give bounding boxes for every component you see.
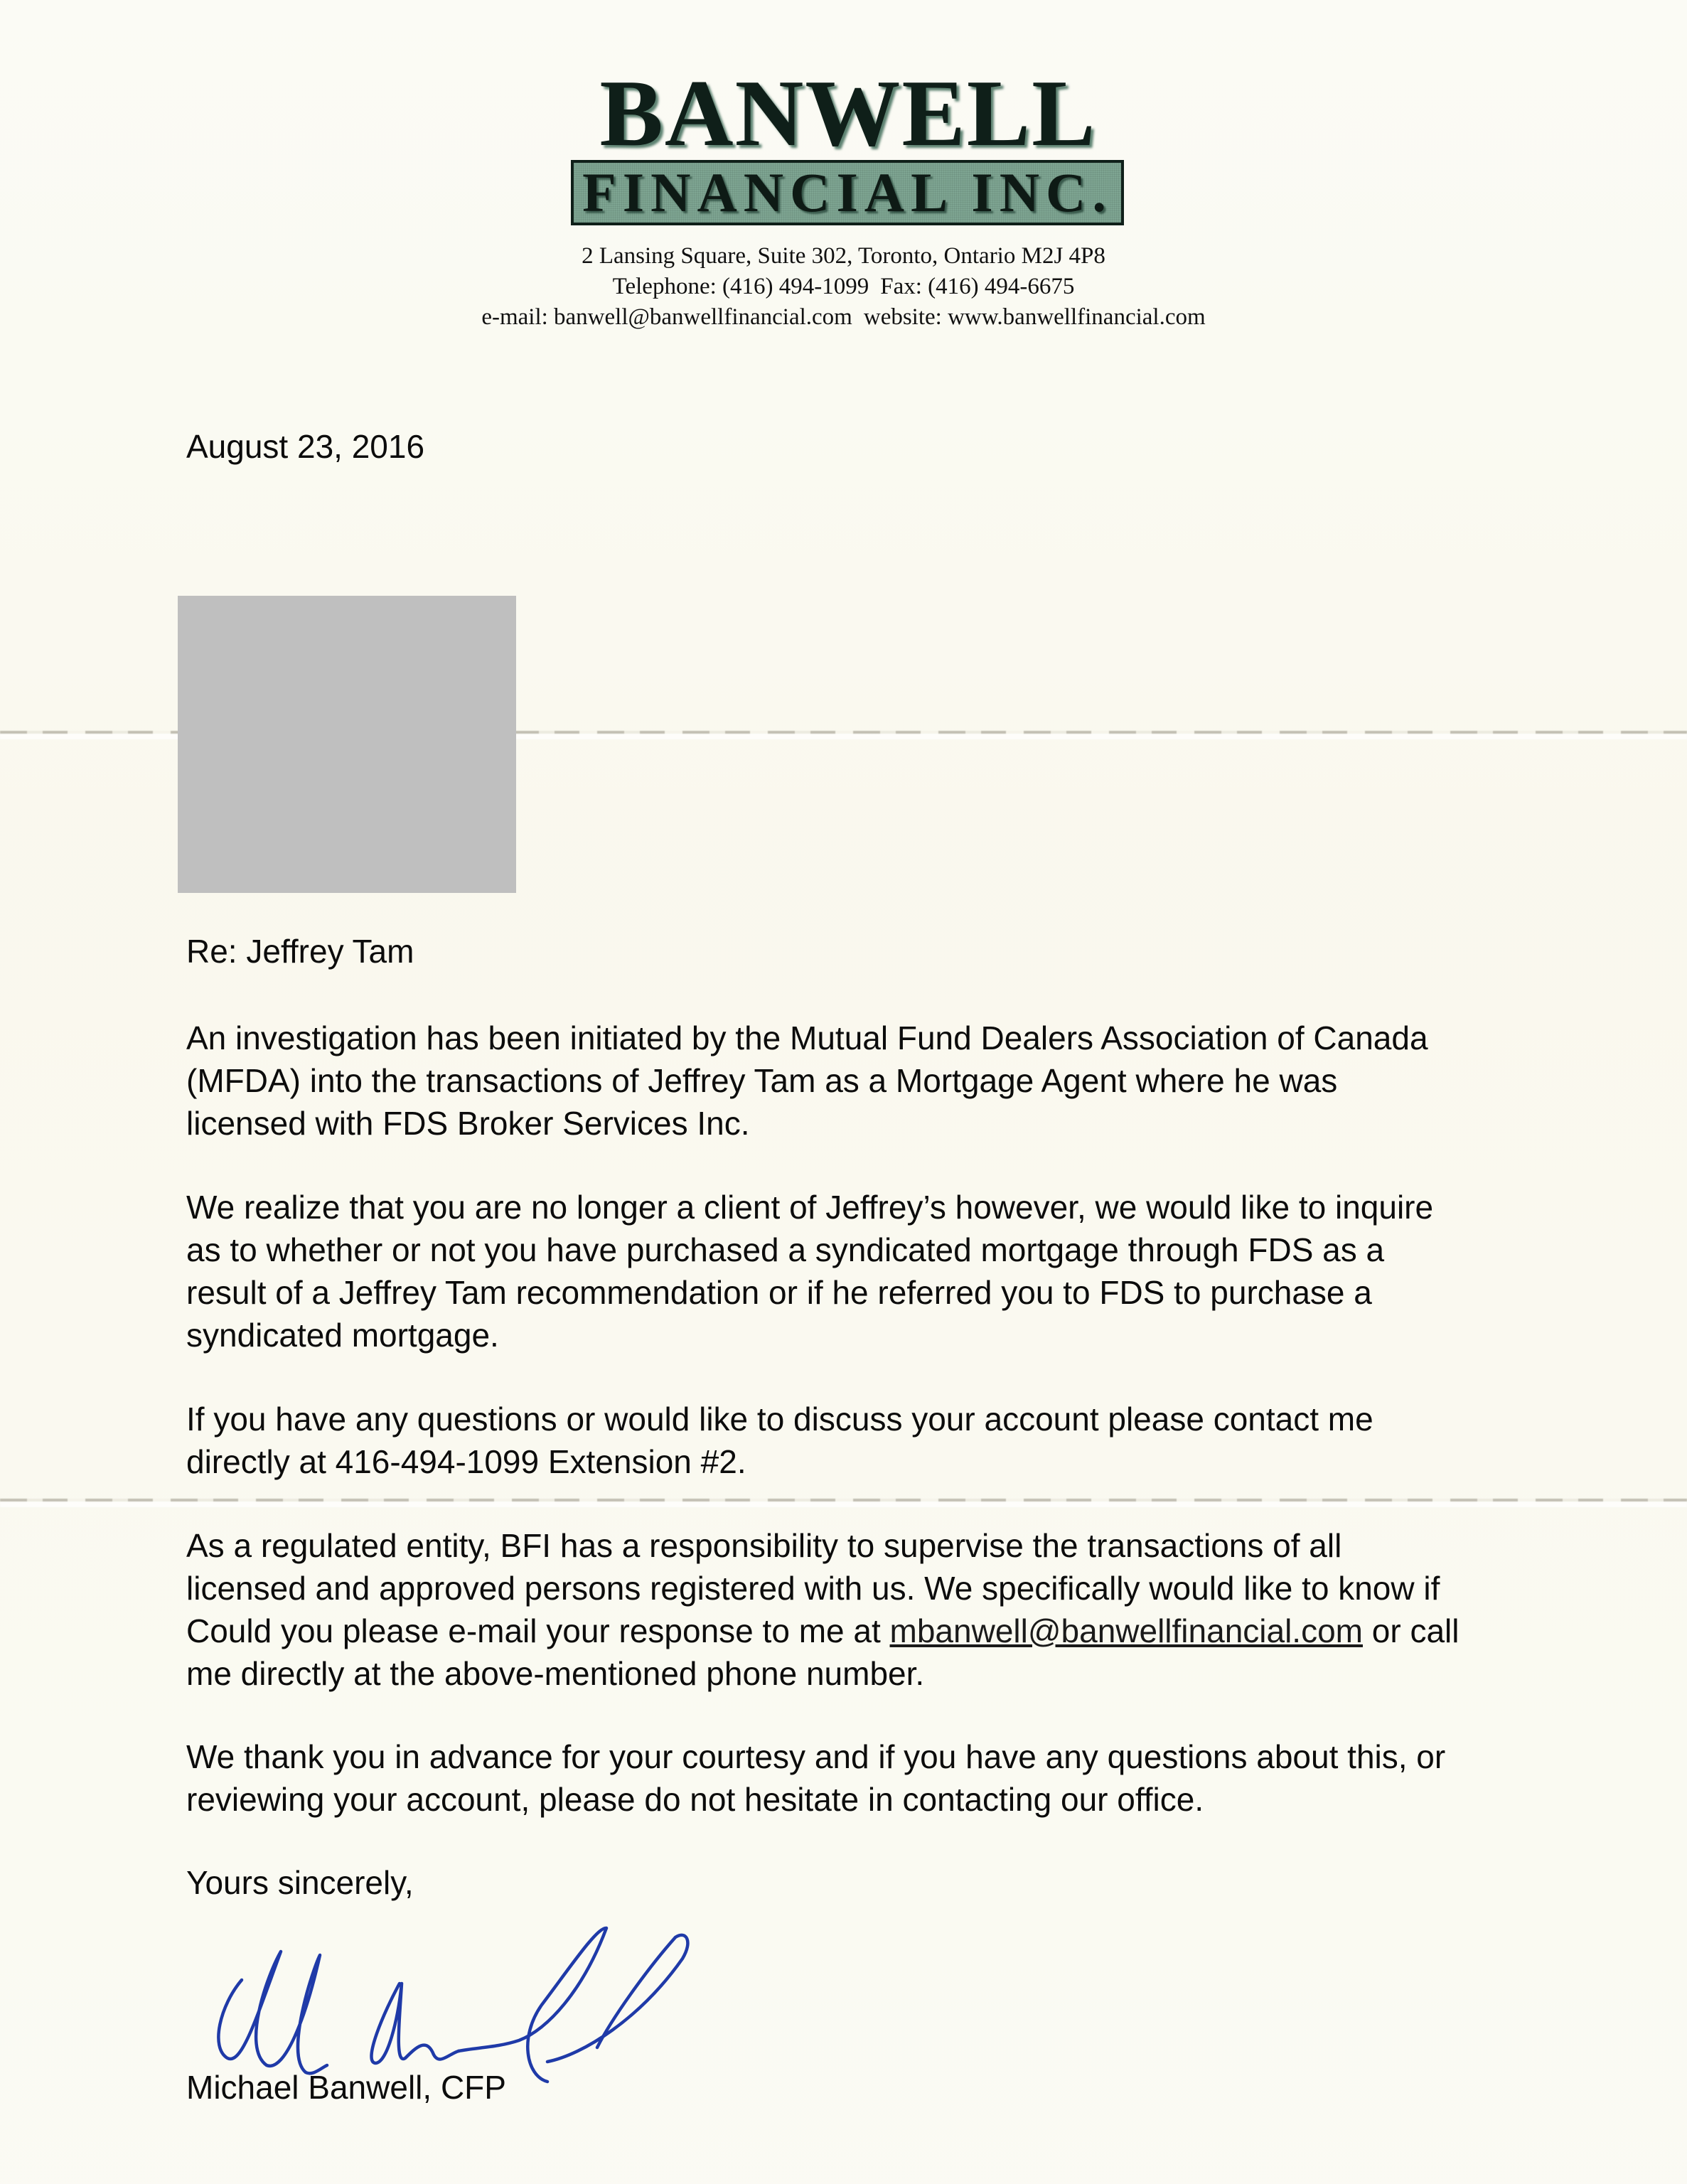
contact-email-link[interactable]: mbanwell@banwellfinancial.com (890, 1612, 1363, 1649)
email-line-suffix: or call (1363, 1612, 1459, 1649)
paragraph-line-email: Could you please e-mail your response to… (186, 1610, 1459, 1652)
signer-name: Michael Banwell, CFP (186, 2066, 506, 2109)
paragraph-regulation: As a regulated entity, BFI has a respons… (186, 1524, 1459, 1695)
paragraph-inquiry: We realize that you are no longer a clie… (186, 1186, 1433, 1356)
paragraph-line: If you have any questions or would like … (186, 1398, 1373, 1440)
paragraph-line: licensed with FDS Broker Services Inc. (186, 1102, 1428, 1145)
paragraph-thanks: We thank you in advance for your courtes… (186, 1735, 1445, 1821)
paragraph-line: (MFDA) into the transactions of Jeffrey … (186, 1059, 1428, 1102)
company-phone-fax: Telephone: (416) 494-1099Fax: (416) 494-… (0, 272, 1687, 301)
company-telephone: Telephone: (416) 494-1099 (613, 274, 869, 299)
paper-fold-line (0, 1499, 1687, 1501)
paragraph-line: An investigation has been initiated by t… (186, 1017, 1428, 1059)
paragraph-line: directly at 416-494-1099 Extension #2. (186, 1440, 1373, 1483)
company-website[interactable]: website: www.banwellfinancial.com (864, 304, 1206, 330)
paragraph-line: reviewing your account, please do not he… (186, 1778, 1445, 1821)
company-logo-name: BANWELL (574, 65, 1122, 161)
paragraph-line: me directly at the above-mentioned phone… (186, 1652, 1459, 1695)
paragraph-line: As a regulated entity, BFI has a respons… (186, 1524, 1459, 1567)
letter-subject: Re: Jeffrey Tam (186, 930, 414, 973)
company-email[interactable]: e-mail: banwell@banwellfinancial.com (481, 304, 852, 330)
company-fax: Fax: (416) 494-6675 (880, 274, 1074, 299)
letter-closing: Yours sincerely, (186, 1861, 414, 1904)
paragraph-investigation: An investigation has been initiated by t… (186, 1017, 1428, 1145)
company-contact: e-mail: banwell@banwellfinancial.comwebs… (0, 303, 1687, 331)
paragraph-line: licensed and approved persons registered… (186, 1567, 1459, 1610)
paragraph-line: We realize that you are no longer a clie… (186, 1186, 1433, 1228)
company-logo-subtitle: FINANCIAL INC. (582, 165, 1113, 220)
letter-date: August 23, 2016 (186, 425, 424, 468)
email-line-prefix: Could you please e-mail your response to… (186, 1612, 890, 1649)
redacted-recipient-address (178, 596, 516, 893)
paragraph-line: result of a Jeffrey Tam recommendation o… (186, 1271, 1433, 1314)
company-address: 2 Lansing Square, Suite 302, Toronto, On… (0, 242, 1687, 270)
paragraph-line: syndicated mortgage. (186, 1314, 1433, 1356)
paragraph-contact: If you have any questions or would like … (186, 1398, 1373, 1483)
paragraph-line: We thank you in advance for your courtes… (186, 1735, 1445, 1778)
paragraph-line: as to whether or not you have purchased … (186, 1228, 1433, 1271)
company-logo-banner: FINANCIAL INC. (571, 160, 1124, 225)
